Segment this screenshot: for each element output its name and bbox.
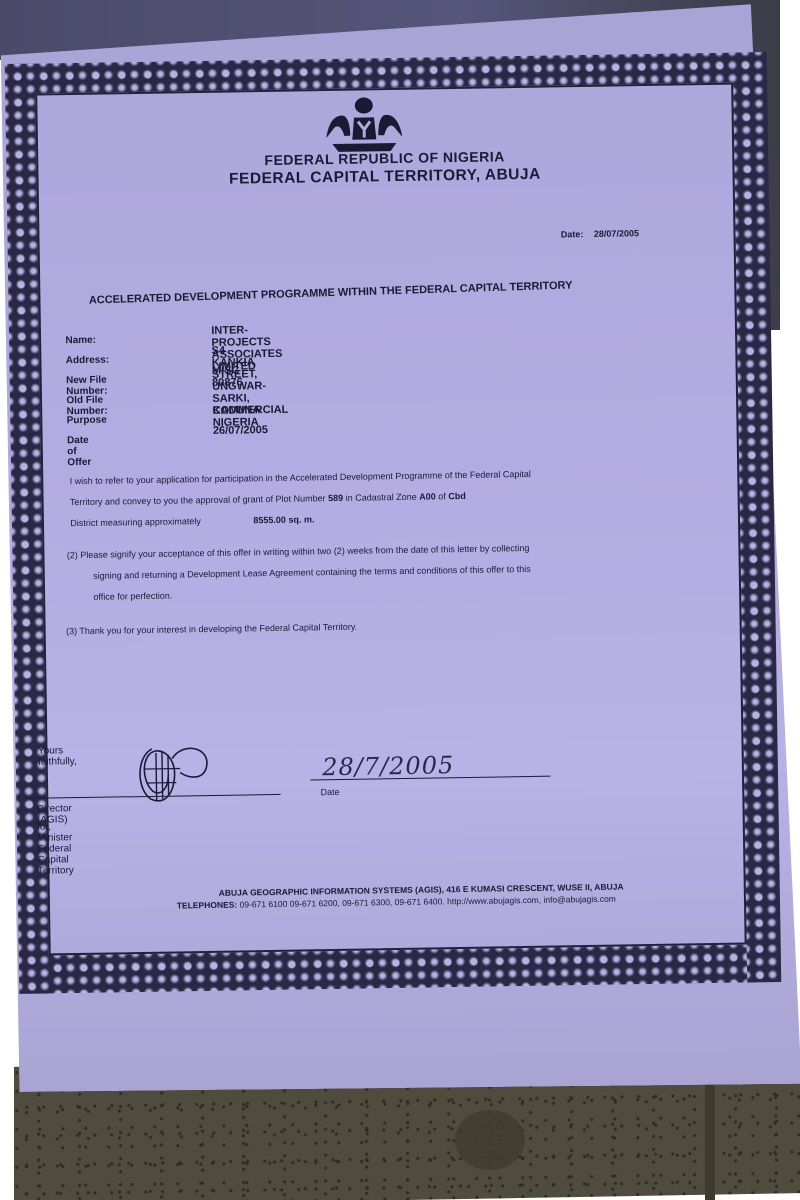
field-label: Address: [66, 355, 110, 367]
field-label: Date of Offer [67, 435, 91, 468]
p1-line2a: Territory and convey to you the approval… [70, 493, 326, 507]
p3-line1: Thank you for your interest in developin… [79, 622, 357, 636]
signatory-on-behalf: for, Minister Federal Capital Territory [37, 821, 74, 877]
programme-title: ACCELERATED DEVELOPMENT PROGRAMME WITHIN… [89, 279, 573, 306]
p3-number: (3) [66, 626, 77, 636]
p1-line1: I wish to refer to your application for … [70, 469, 531, 486]
paragraph-3: (3) Thank you for your interest in devel… [66, 611, 706, 642]
paragraph-2: (2) Please signify your acceptance of th… [67, 535, 728, 608]
paragraph-1: I wish to refer to your application for … [70, 461, 721, 534]
p1-line3: District measuring approximately [70, 516, 201, 528]
field-value: MISC 80876 [212, 364, 243, 388]
field-label: Purpose [67, 415, 107, 427]
letter-date: Date: 28/07/2005 [561, 228, 639, 239]
field-value: COMMERCIAL [212, 404, 288, 417]
p1-line2c: of [438, 491, 446, 501]
field-value: 26/07/2005 [213, 424, 268, 437]
telephones-label: TELEPHONES: [177, 900, 238, 911]
district: Cbd [448, 491, 466, 501]
applicant-fields: Name: INTER-PROJECTS ASSOCIATES LIMITED … [65, 327, 67, 447]
p1-line2b: in Cadastral Zone [346, 492, 417, 503]
floor-tile-seam [705, 1065, 715, 1200]
p2-line1: Please signify your acceptance of this o… [80, 543, 529, 560]
coat-of-arms-icon [304, 95, 425, 157]
plot-number: 589 [328, 493, 343, 503]
letter-content: FEDERAL REPUBLIC OF NIGERIA FEDERAL CAPI… [0, 0, 800, 1006]
p2-number: (2) [67, 550, 78, 560]
date-label: Date: [561, 229, 584, 239]
date-caption: Date [321, 787, 340, 797]
field-label: Name: [65, 335, 96, 346]
plot-area: 8555.00 sq. m. [253, 514, 314, 525]
date-value: 28/07/2005 [594, 228, 639, 239]
cadastral-zone: A00 [419, 491, 436, 501]
floor-stain [455, 1110, 525, 1170]
closing: Yours faithfully, [38, 745, 77, 768]
